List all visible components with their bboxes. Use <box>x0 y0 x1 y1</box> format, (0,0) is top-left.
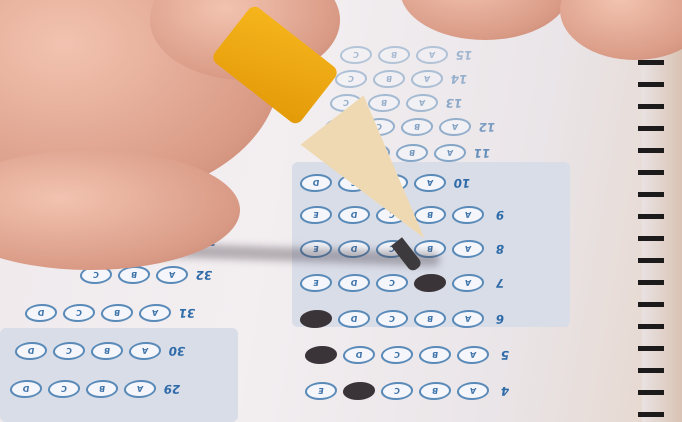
question-number: 32 <box>193 268 215 282</box>
question-row-5: 5 A B C D <box>304 346 517 364</box>
question-number: 12 <box>476 120 498 134</box>
bubble-c[interactable]: C <box>375 274 410 292</box>
bubble-a[interactable]: A <box>438 118 473 136</box>
bubble-a[interactable]: A <box>405 94 440 112</box>
question-row-4: 4 A B C E <box>304 382 517 400</box>
question-number: 29 <box>161 382 183 396</box>
question-number: 11 <box>471 146 493 160</box>
question-number: 8 <box>489 242 511 256</box>
bubble-d[interactable]: D <box>14 342 49 360</box>
question-number: 15 <box>453 48 475 62</box>
bubble-d-filled[interactable] <box>342 382 377 400</box>
question-number: 5 <box>494 348 516 362</box>
question-number: 7 <box>489 276 511 290</box>
question-row-14: 14 A B C <box>334 70 471 88</box>
question-number: 4 <box>494 384 516 398</box>
bubble-a[interactable]: A <box>415 46 450 64</box>
hand-finger-far-right <box>560 0 682 60</box>
question-number: 13 <box>443 96 465 110</box>
bubble-d[interactable]: D <box>337 310 372 328</box>
bubble-b[interactable]: B <box>413 310 448 328</box>
bubble-a[interactable]: A <box>451 240 486 258</box>
question-number: 6 <box>489 312 511 326</box>
bubble-a[interactable]: A <box>451 274 486 292</box>
question-number: 31 <box>176 306 198 320</box>
bubble-a[interactable]: A <box>456 382 491 400</box>
bubble-b[interactable]: B <box>418 346 453 364</box>
bubble-a[interactable]: A <box>410 70 445 88</box>
bubble-d[interactable]: D <box>337 274 372 292</box>
bubble-a[interactable]: A <box>123 380 158 398</box>
bubble-e[interactable]: E <box>299 274 334 292</box>
bubble-e[interactable]: E <box>299 206 334 224</box>
bubble-a[interactable]: A <box>451 206 486 224</box>
question-row-29: 29 A B C D <box>9 380 184 398</box>
bubble-a[interactable]: A <box>155 266 190 284</box>
bubble-b[interactable]: B <box>117 266 152 284</box>
bubble-b[interactable]: B <box>85 380 120 398</box>
bubble-e-filled[interactable] <box>304 346 339 364</box>
bubble-c[interactable]: C <box>380 346 415 364</box>
question-number: 14 <box>448 72 470 86</box>
question-row-30: 30 A B C D <box>14 342 189 360</box>
bubble-d[interactable]: D <box>9 380 44 398</box>
question-row-15: 15 A B C <box>339 46 476 64</box>
bubble-c[interactable]: C <box>62 304 97 322</box>
bubble-b[interactable]: B <box>90 342 125 360</box>
bubble-b[interactable]: B <box>372 70 407 88</box>
question-number: 30 <box>166 344 188 358</box>
bubble-a[interactable]: A <box>433 144 468 162</box>
bubble-b[interactable]: B <box>377 46 412 64</box>
answer-sheet-photo: 4 A B C E 5 A B C D 6 A B C D 7 A C D E … <box>0 0 682 422</box>
bubble-b[interactable]: B <box>400 118 435 136</box>
question-row-31: 31 A B C D <box>24 304 199 322</box>
bubble-c[interactable]: C <box>52 342 87 360</box>
bubble-d[interactable]: D <box>24 304 59 322</box>
question-row-7: 7 A C D E <box>299 274 512 292</box>
hand-finger-right <box>400 0 570 40</box>
bubble-c[interactable]: C <box>334 70 369 88</box>
bubble-c[interactable]: C <box>375 310 410 328</box>
bubble-a[interactable]: A <box>128 342 163 360</box>
bubble-b-filled[interactable] <box>413 274 448 292</box>
bubble-c[interactable]: C <box>47 380 82 398</box>
bubble-e-filled[interactable] <box>299 310 334 328</box>
bubble-d[interactable]: D <box>342 346 377 364</box>
bubble-a[interactable]: A <box>138 304 173 322</box>
bubble-b[interactable]: B <box>100 304 135 322</box>
bubble-a[interactable]: A <box>451 310 486 328</box>
question-row-6: 6 A B C D <box>299 310 512 328</box>
bubble-b[interactable]: B <box>418 382 453 400</box>
question-number: 9 <box>489 208 511 222</box>
bubble-c[interactable]: C <box>380 382 415 400</box>
question-number: 10 <box>451 176 473 190</box>
bubble-e[interactable]: E <box>304 382 339 400</box>
bubble-a[interactable]: A <box>456 346 491 364</box>
bubble-c[interactable]: C <box>339 46 374 64</box>
